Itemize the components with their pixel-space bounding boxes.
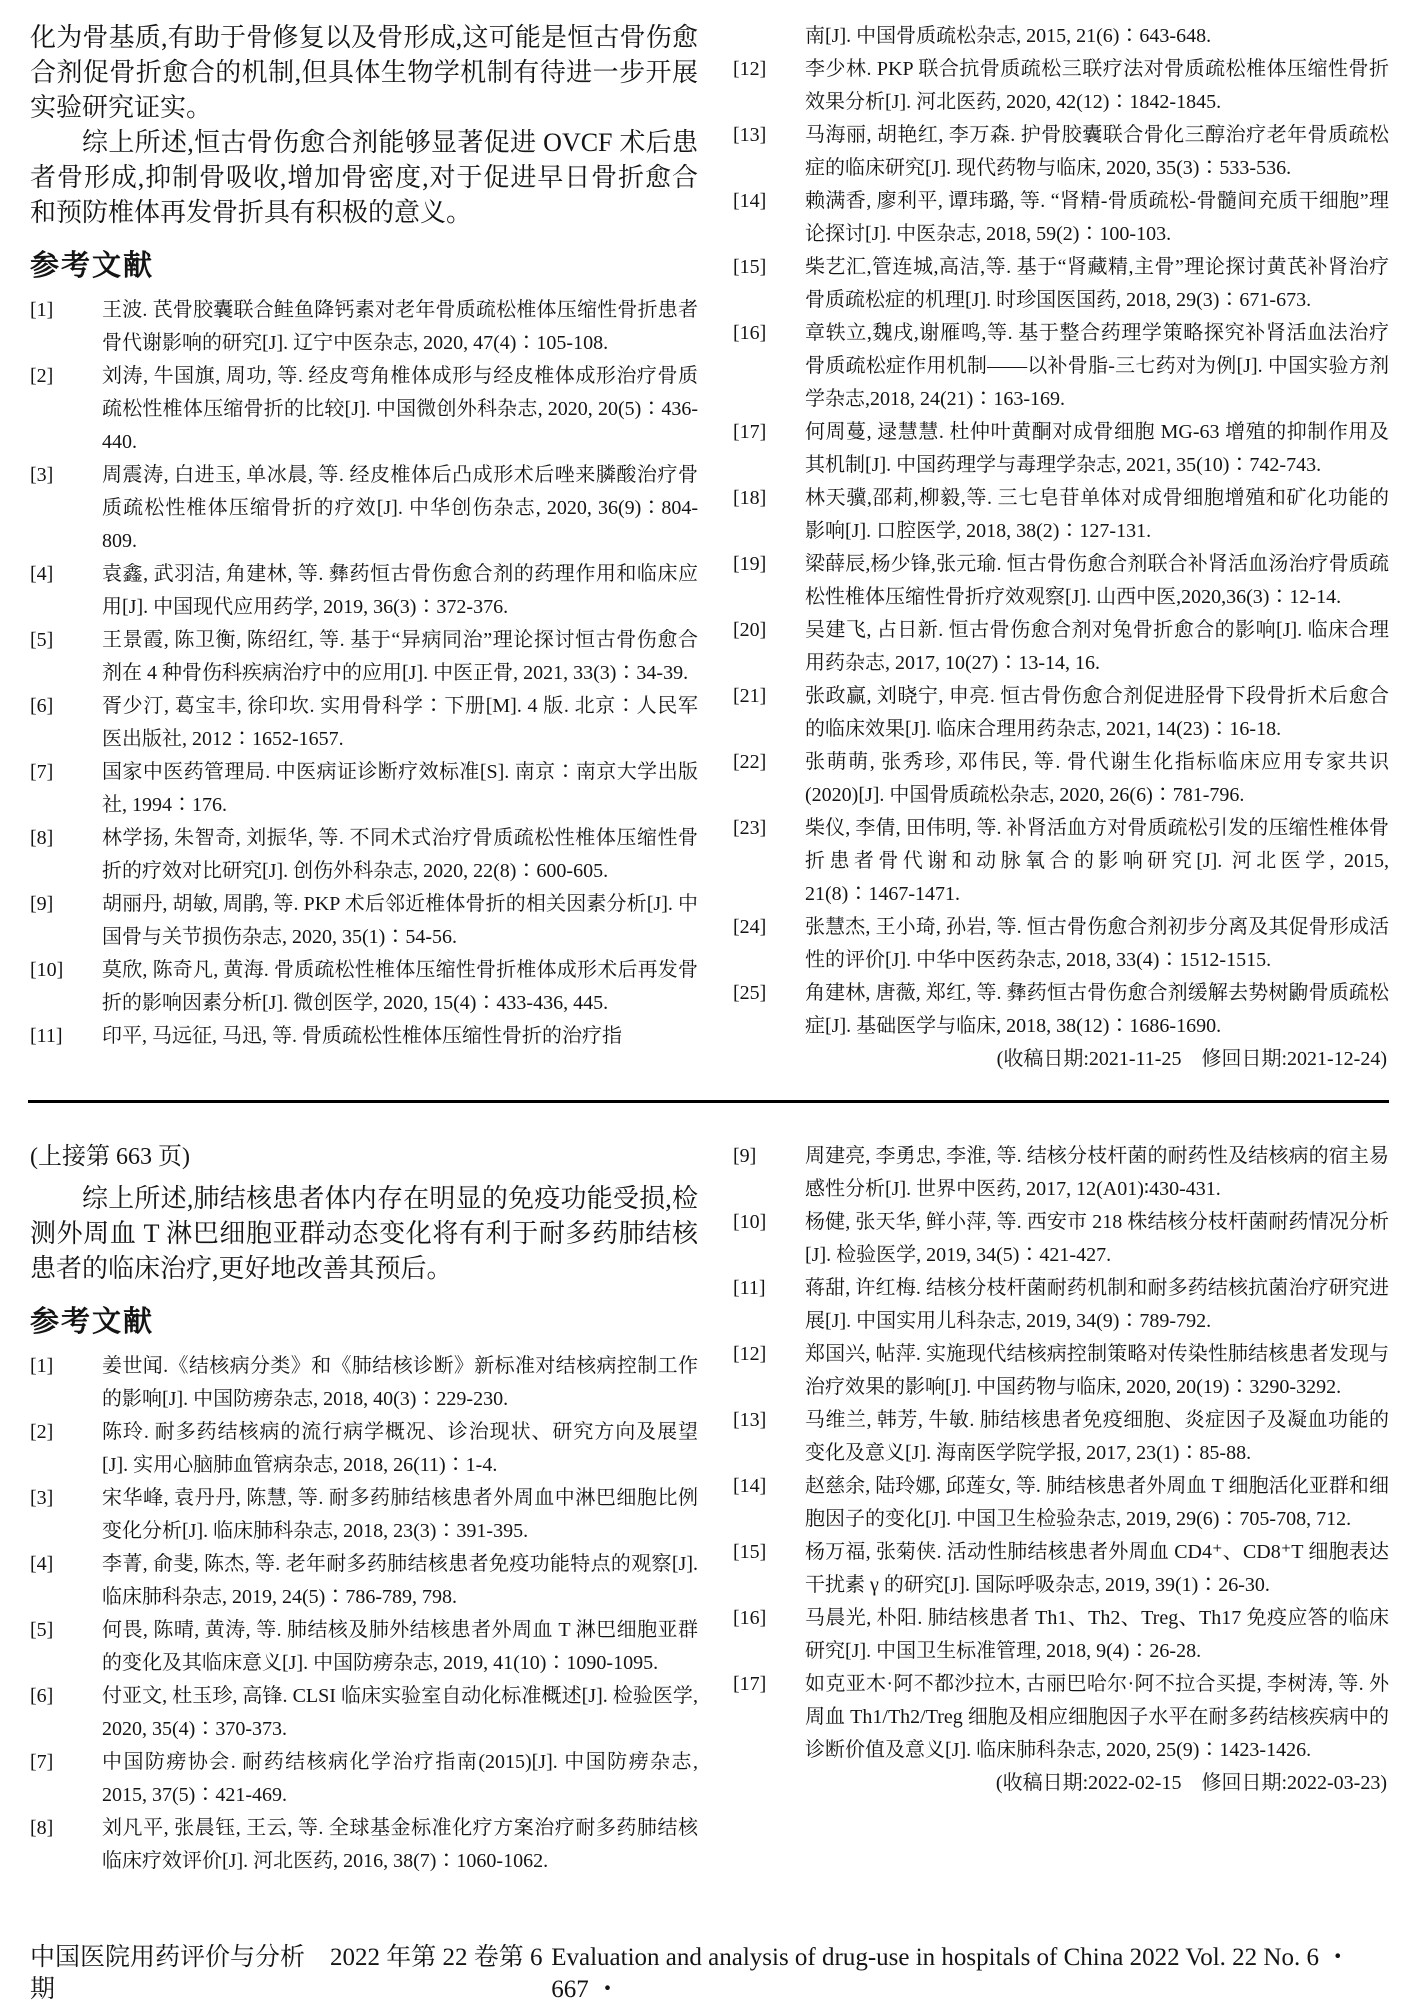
page-footer: 中国医院用药评价与分析 2022 年第 22 卷第 6 期 Evaluation…	[30, 1942, 1389, 2000]
reference-text: 袁鑫, 武羽洁, 角建林, 等. 彝药恒古骨伤愈合剂的药理作用和临床应用[J].…	[102, 563, 698, 618]
article2-received-revised-dates: (收稿日期:2022-02-15 修回日期:2022-03-23)	[733, 1767, 1389, 1800]
reference-number: [6]	[30, 690, 53, 723]
reference-number: [3]	[30, 1482, 53, 1515]
article1-left-column: 化为骨基质,有助于骨修复以及骨形成,这可能是恒古骨伤愈合剂促骨折愈合的机制,但具…	[30, 20, 698, 1098]
reference-text: 张慧杰, 王小琦, 孙岩, 等. 恒古骨伤愈合剂初步分离及其促骨形成活性的评价[…	[805, 916, 1389, 971]
reference-item: [13]马维兰, 韩芳, 牛敏. 肺结核患者免疫细胞、炎症因子及凝血功能的变化及…	[733, 1404, 1389, 1470]
reference-number: [21]	[733, 680, 766, 713]
reference-item: [12]郑国兴, 帖萍. 实施现代结核病控制策略对传染性肺结核患者发现与治疗效果…	[733, 1338, 1389, 1404]
reference-text: 赵慈余, 陆玲娜, 邱莲女, 等. 肺结核患者外周血 T 细胞活化亚群和细胞因子…	[805, 1475, 1389, 1530]
reference-text: 中国防痨协会. 耐药结核病化学治疗指南(2015)[J]. 中国防痨杂志, 20…	[102, 1751, 698, 1806]
reference-number: [7]	[30, 756, 53, 789]
reference-text: 刘涛, 牛国旗, 周功, 等. 经皮弯角椎体成形与经皮椎体成形治疗骨质疏松性椎体…	[102, 365, 698, 453]
reference-text: 姜世闻.《结核病分类》和《肺结核诊断》新标准对结核病控制工作的影响[J]. 中国…	[102, 1355, 698, 1410]
reference-number: [10]	[733, 1206, 766, 1239]
reference-item: [10]莫欣, 陈奇凡, 黄海. 骨质疏松性椎体压缩性骨折椎体成形术后再发骨折的…	[30, 954, 698, 1020]
journal-page: 化为骨基质,有助于骨修复以及骨形成,这可能是恒古骨伤愈合剂促骨折愈合的机制,但具…	[0, 0, 1417, 2000]
reference-text: 李菁, 俞斐, 陈杰, 等. 老年耐多药肺结核患者免疫功能特点的观察[J]. 临…	[102, 1553, 698, 1608]
reference-item: [16]章轶立,魏戌,谢雁鸣,等. 基于整合药理学策略探究补肾活血法治疗骨质疏松…	[733, 317, 1389, 416]
reference-number: [16]	[733, 1602, 766, 1635]
reference-item: [14]赖满香, 廖利平, 谭玮璐, 等. “肾精-骨质疏松-骨髓间充质干细胞”…	[733, 185, 1389, 251]
reference-number: [5]	[30, 624, 53, 657]
reference-number: [12]	[733, 1338, 766, 1371]
article2-left-column: (上接第 663 页) 综上所述,肺结核患者体内存在明显的免疫功能受损,检测外周…	[30, 1140, 698, 1930]
reference-number: [2]	[30, 360, 53, 393]
reference-number: [14]	[733, 1470, 766, 1503]
reference-number: [12]	[733, 53, 766, 86]
reference-number: [17]	[733, 1668, 766, 1701]
reference-item: [2]陈玲. 耐多药结核病的流行病学概况、诊治现状、研究方向及展望[J]. 实用…	[30, 1416, 698, 1482]
article1-right-column: 南[J]. 中国骨质疏松杂志, 2015, 21(6)∶643-648. [12…	[733, 20, 1389, 1098]
reference-number: [15]	[733, 1536, 766, 1569]
reference-text: 张政赢, 刘晓宁, 申亮. 恒古骨伤愈合剂促进胫骨下段骨折术后愈合的临床效果[J…	[805, 685, 1389, 740]
reference-item: [21]张政赢, 刘晓宁, 申亮. 恒古骨伤愈合剂促进胫骨下段骨折术后愈合的临床…	[733, 680, 1389, 746]
reference-text: 柴仪, 李倩, 田伟明, 等. 补肾活血方对骨质疏松引发的压缩性椎体骨折患者骨代…	[805, 817, 1389, 905]
reference-text: 马海丽, 胡艳红, 李万森. 护骨胶囊联合骨化三醇治疗老年骨质疏松症的临床研究[…	[805, 124, 1389, 179]
reference-number: [8]	[30, 822, 53, 855]
reference-item: [1]姜世闻.《结核病分类》和《肺结核诊断》新标准对结核病控制工作的影响[J].…	[30, 1350, 698, 1416]
reference-item: [2]刘涛, 牛国旗, 周功, 等. 经皮弯角椎体成形与经皮椎体成形治疗骨质疏松…	[30, 360, 698, 459]
reference-item: [5]何畏, 陈晴, 黄涛, 等. 肺结核及肺外结核患者外周血 T 淋巴细胞亚群…	[30, 1614, 698, 1680]
journal-title-chinese: 中国医院用药评价与分析 2022 年第 22 卷第 6 期	[30, 1942, 551, 2000]
reference-text: 莫欣, 陈奇凡, 黄海. 骨质疏松性椎体压缩性骨折椎体成形术后再发骨折的影响因素…	[102, 959, 698, 1014]
reference-item: [13]马海丽, 胡艳红, 李万森. 护骨胶囊联合骨化三醇治疗老年骨质疏松症的临…	[733, 119, 1389, 185]
reference-item: [4]李菁, 俞斐, 陈杰, 等. 老年耐多药肺结核患者免疫功能特点的观察[J]…	[30, 1548, 698, 1614]
reference-item: [22]张萌萌, 张秀珍, 邓伟民, 等. 骨代谢生化指标临床应用专家共识(20…	[733, 746, 1389, 812]
reference-number: [24]	[733, 911, 766, 944]
reference-number: [4]	[30, 1548, 53, 1581]
reference-text: 马晨光, 朴阳. 肺结核患者 Th1、Th2、Treg、Th17 免疫应答的临床…	[805, 1607, 1389, 1662]
reference-number: [3]	[30, 459, 53, 492]
reference-number: [7]	[30, 1746, 53, 1779]
reference-text: 郑国兴, 帖萍. 实施现代结核病控制策略对传染性肺结核患者发现与治疗效果的影响[…	[805, 1343, 1389, 1398]
reference-item: [3]周震涛, 白进玉, 单冰晨, 等. 经皮椎体后凸成形术后唑来膦酸治疗骨质疏…	[30, 459, 698, 558]
reference-item: [23]柴仪, 李倩, 田伟明, 等. 补肾活血方对骨质疏松引发的压缩性椎体骨折…	[733, 812, 1389, 911]
reference-item: [11]蒋甜, 许红梅. 结核分枝杆菌耐药机制和耐多药结核抗菌治疗研究进展[J]…	[733, 1272, 1389, 1338]
article2-closing-paragraph: 综上所述,肺结核患者体内存在明显的免疫功能受损,检测外周血 T 淋巴细胞亚群动态…	[30, 1181, 698, 1286]
reference-item: [25]角建林, 唐薇, 郑红, 等. 彝药恒古骨伤愈合剂缓解去势树鼩骨质疏松症…	[733, 977, 1389, 1043]
article1-reference-list-right: [12]李少林. PKP 联合抗骨质疏松三联疗法对骨质疏松椎体压缩性骨折效果分析…	[733, 53, 1389, 1043]
reference-text: 付亚文, 杜玉珍, 高锋. CLSI 临床实验室自动化标准概述[J]. 检验医学…	[102, 1685, 698, 1740]
reference-number: [17]	[733, 416, 766, 449]
reference-text: 梁薛辰,杨少锋,张元瑜. 恒古骨伤愈合剂联合补肾活血汤治疗骨质疏松性椎体压缩性骨…	[805, 553, 1389, 608]
reference-text: 张萌萌, 张秀珍, 邓伟民, 等. 骨代谢生化指标临床应用专家共识(2020)[…	[805, 751, 1389, 806]
reference-number: [9]	[733, 1140, 756, 1173]
reference-number: [8]	[30, 1812, 53, 1845]
reference-item: [4]袁鑫, 武羽洁, 角建林, 等. 彝药恒古骨伤愈合剂的药理作用和临床应用[…	[30, 558, 698, 624]
reference-11-continuation: 南[J]. 中国骨质疏松杂志, 2015, 21(6)∶643-648.	[733, 20, 1389, 53]
reference-number: [22]	[733, 746, 766, 779]
reference-number: [11]	[30, 1020, 63, 1053]
reference-number: [1]	[30, 1350, 53, 1383]
reference-text: 周建亮, 李勇忠, 李淮, 等. 结核分枝杆菌的耐药性及结核病的宿主易感性分析[…	[805, 1145, 1389, 1200]
reference-item: [17]如克亚木·阿不都沙拉木, 古丽巴哈尔·阿不拉合买提, 李树涛, 等. 外…	[733, 1668, 1389, 1767]
reference-text: 杨健, 张天华, 鲜小萍, 等. 西安市 218 株结核分枝杆菌耐药情况分析[J…	[805, 1211, 1389, 1266]
continued-from-note: (上接第 663 页)	[30, 1140, 698, 1175]
reference-item: [9]周建亮, 李勇忠, 李淮, 等. 结核分枝杆菌的耐药性及结核病的宿主易感性…	[733, 1140, 1389, 1206]
article1-closing-paragraph-1: 化为骨基质,有助于骨修复以及骨形成,这可能是恒古骨伤愈合剂促骨折愈合的机制,但具…	[30, 20, 698, 125]
reference-text: 吴建飞, 占日新. 恒古骨伤愈合剂对兔骨折愈合的影响[J]. 临床合理用药杂志,…	[805, 619, 1389, 674]
reference-text: 何畏, 陈晴, 黄涛, 等. 肺结核及肺外结核患者外周血 T 淋巴细胞亚群的变化…	[102, 1619, 698, 1674]
reference-item: [8]林学扬, 朱智奇, 刘振华, 等. 不同术式治疗骨质疏松性椎体压缩性骨折的…	[30, 822, 698, 888]
reference-item: [11]印平, 马远征, 马迅, 等. 骨质疏松性椎体压缩性骨折的治疗指	[30, 1020, 698, 1053]
reference-text: 李少林. PKP 联合抗骨质疏松三联疗法对骨质疏松椎体压缩性骨折效果分析[J].…	[805, 58, 1389, 113]
reference-text: 赖满香, 廖利平, 谭玮璐, 等. “肾精-骨质疏松-骨髓间充质干细胞”理论探讨…	[805, 190, 1389, 245]
reference-number: [14]	[733, 185, 766, 218]
reference-text: 陈玲. 耐多药结核病的流行病学概况、诊治现状、研究方向及展望[J]. 实用心脑肺…	[102, 1421, 698, 1476]
reference-item: [20]吴建飞, 占日新. 恒古骨伤愈合剂对兔骨折愈合的影响[J]. 临床合理用…	[733, 614, 1389, 680]
article1-received-revised-dates: (收稿日期:2021-11-25 修回日期:2021-12-24)	[733, 1043, 1389, 1076]
reference-item: [8]刘凡平, 张晨钰, 王云, 等. 全球基金标准化疗方案治疗耐多药肺结核临床…	[30, 1812, 698, 1878]
reference-text: 刘凡平, 张晨钰, 王云, 等. 全球基金标准化疗方案治疗耐多药肺结核临床疗效评…	[102, 1817, 698, 1872]
reference-item: [9]胡丽丹, 胡敏, 周鹃, 等. PKP 术后邻近椎体骨折的相关因素分析[J…	[30, 888, 698, 954]
reference-number: [2]	[30, 1416, 53, 1449]
reference-item: [16]马晨光, 朴阳. 肺结核患者 Th1、Th2、Treg、Th17 免疫应…	[733, 1602, 1389, 1668]
reference-item: [14]赵慈余, 陆玲娜, 邱莲女, 等. 肺结核患者外周血 T 细胞活化亚群和…	[733, 1470, 1389, 1536]
reference-number: [6]	[30, 1680, 53, 1713]
reference-text: 胥少汀, 葛宝丰, 徐印坎. 实用骨科学∶下册[M]. 4 版. 北京∶人民军医…	[102, 695, 698, 750]
journal-title-english-page-number: Evaluation and analysis of drug-use in h…	[551, 1942, 1389, 2000]
reference-number: [18]	[733, 482, 766, 515]
reference-item: [7]国家中医药管理局. 中医病证诊断疗效标准[S]. 南京∶南京大学出版社, …	[30, 756, 698, 822]
reference-item: [15]杨万福, 张菊侠. 活动性肺结核患者外周血 CD4⁺、CD8⁺T 细胞表…	[733, 1536, 1389, 1602]
reference-text: 印平, 马远征, 马迅, 等. 骨质疏松性椎体压缩性骨折的治疗指	[102, 1025, 622, 1047]
article1-references-heading: 参考文献	[30, 248, 698, 284]
reference-number: [10]	[30, 954, 63, 987]
reference-number: [20]	[733, 614, 766, 647]
reference-number: [11]	[733, 1272, 766, 1305]
reference-item: [24]张慧杰, 王小琦, 孙岩, 等. 恒古骨伤愈合剂初步分离及其促骨形成活性…	[733, 911, 1389, 977]
reference-text: 林天骥,邵莉,柳毅,等. 三七皂苷单体对成骨细胞增殖和矿化功能的影响[J]. 口…	[805, 487, 1389, 542]
reference-text: 杨万福, 张菊侠. 活动性肺结核患者外周血 CD4⁺、CD8⁺T 细胞表达干扰素…	[805, 1541, 1389, 1596]
reference-item: [6]胥少汀, 葛宝丰, 徐印坎. 实用骨科学∶下册[M]. 4 版. 北京∶人…	[30, 690, 698, 756]
reference-text: 王景霞, 陈卫衡, 陈绍红, 等. 基于“异病同治”理论探讨恒古骨伤愈合剂在 4…	[102, 629, 698, 684]
reference-item: [17]何周蔓, 逯慧慧. 杜仲叶黄酮对成骨细胞 MG-63 增殖的抑制作用及其…	[733, 416, 1389, 482]
reference-item: [5]王景霞, 陈卫衡, 陈绍红, 等. 基于“异病同治”理论探讨恒古骨伤愈合剂…	[30, 624, 698, 690]
reference-item: [3]宋华峰, 袁丹丹, 陈慧, 等. 耐多药肺结核患者外周血中淋巴细胞比例变化…	[30, 1482, 698, 1548]
reference-text: 何周蔓, 逯慧慧. 杜仲叶黄酮对成骨细胞 MG-63 增殖的抑制作用及其机制[J…	[805, 421, 1389, 476]
reference-text: 章轶立,魏戌,谢雁鸣,等. 基于整合药理学策略探究补肾活血法治疗骨质疏松症作用机…	[805, 322, 1389, 410]
reference-number: [4]	[30, 558, 53, 591]
reference-text: 宋华峰, 袁丹丹, 陈慧, 等. 耐多药肺结核患者外周血中淋巴细胞比例变化分析[…	[102, 1487, 698, 1542]
reference-number: [1]	[30, 294, 53, 327]
reference-text: 林学扬, 朱智奇, 刘振华, 等. 不同术式治疗骨质疏松性椎体压缩性骨折的疗效对…	[102, 827, 698, 882]
reference-item: [19]梁薛辰,杨少锋,张元瑜. 恒古骨伤愈合剂联合补肾活血汤治疗骨质疏松性椎体…	[733, 548, 1389, 614]
reference-item: [10]杨健, 张天华, 鲜小萍, 等. 西安市 218 株结核分枝杆菌耐药情况…	[733, 1206, 1389, 1272]
reference-number: [5]	[30, 1614, 53, 1647]
section-divider-rule	[28, 1100, 1389, 1103]
reference-text: 如克亚木·阿不都沙拉木, 古丽巴哈尔·阿不拉合买提, 李树涛, 等. 外周血 T…	[805, 1673, 1389, 1761]
article1-reference-list-left: [1]王波. 芪骨胶囊联合鲑鱼降钙素对老年骨质疏松椎体压缩性骨折患者骨代谢影响的…	[30, 294, 698, 1053]
reference-item: [1]王波. 芪骨胶囊联合鲑鱼降钙素对老年骨质疏松椎体压缩性骨折患者骨代谢影响的…	[30, 294, 698, 360]
reference-number: [16]	[733, 317, 766, 350]
reference-text: 国家中医药管理局. 中医病证诊断疗效标准[S]. 南京∶南京大学出版社, 199…	[102, 761, 698, 816]
reference-number: [13]	[733, 1404, 766, 1437]
article1-closing-paragraph-2: 综上所述,恒古骨伤愈合剂能够显著促进 OVCF 术后患者骨形成,抑制骨吸收,增加…	[30, 125, 698, 230]
article2-right-column: [9]周建亮, 李勇忠, 李淮, 等. 结核分枝杆菌的耐药性及结核病的宿主易感性…	[733, 1140, 1389, 1930]
reference-item: [6]付亚文, 杜玉珍, 高锋. CLSI 临床实验室自动化标准概述[J]. 检…	[30, 1680, 698, 1746]
reference-text: 周震涛, 白进玉, 单冰晨, 等. 经皮椎体后凸成形术后唑来膦酸治疗骨质疏松性椎…	[102, 464, 698, 552]
reference-text: 马维兰, 韩芳, 牛敏. 肺结核患者免疫细胞、炎症因子及凝血功能的变化及意义[J…	[805, 1409, 1389, 1464]
reference-item: [7]中国防痨协会. 耐药结核病化学治疗指南(2015)[J]. 中国防痨杂志,…	[30, 1746, 698, 1812]
reference-item: [15]柴艺汇,管连城,高洁,等. 基于“肾藏精,主骨”理论探讨黄芪补肾治疗骨质…	[733, 251, 1389, 317]
article2-reference-list-right: [9]周建亮, 李勇忠, 李淮, 等. 结核分枝杆菌的耐药性及结核病的宿主易感性…	[733, 1140, 1389, 1767]
reference-number: [13]	[733, 119, 766, 152]
reference-text: 柴艺汇,管连城,高洁,等. 基于“肾藏精,主骨”理论探讨黄芪补肾治疗骨质疏松症的…	[805, 256, 1389, 311]
article2-reference-list-left: [1]姜世闻.《结核病分类》和《肺结核诊断》新标准对结核病控制工作的影响[J].…	[30, 1350, 698, 1878]
reference-item: [12]李少林. PKP 联合抗骨质疏松三联疗法对骨质疏松椎体压缩性骨折效果分析…	[733, 53, 1389, 119]
reference-number: [23]	[733, 812, 766, 845]
reference-text: 王波. 芪骨胶囊联合鲑鱼降钙素对老年骨质疏松椎体压缩性骨折患者骨代谢影响的研究[…	[102, 299, 698, 354]
reference-item: [18]林天骥,邵莉,柳毅,等. 三七皂苷单体对成骨细胞增殖和矿化功能的影响[J…	[733, 482, 1389, 548]
reference-number: [25]	[733, 977, 766, 1010]
reference-text: 蒋甜, 许红梅. 结核分枝杆菌耐药机制和耐多药结核抗菌治疗研究进展[J]. 中国…	[805, 1277, 1389, 1332]
reference-text: 角建林, 唐薇, 郑红, 等. 彝药恒古骨伤愈合剂缓解去势树鼩骨质疏松症[J].…	[805, 982, 1389, 1037]
reference-number: [9]	[30, 888, 53, 921]
reference-number: [15]	[733, 251, 766, 284]
reference-number: [19]	[733, 548, 766, 581]
reference-text: 胡丽丹, 胡敏, 周鹃, 等. PKP 术后邻近椎体骨折的相关因素分析[J]. …	[102, 893, 698, 948]
article2-references-heading: 参考文献	[30, 1304, 698, 1340]
